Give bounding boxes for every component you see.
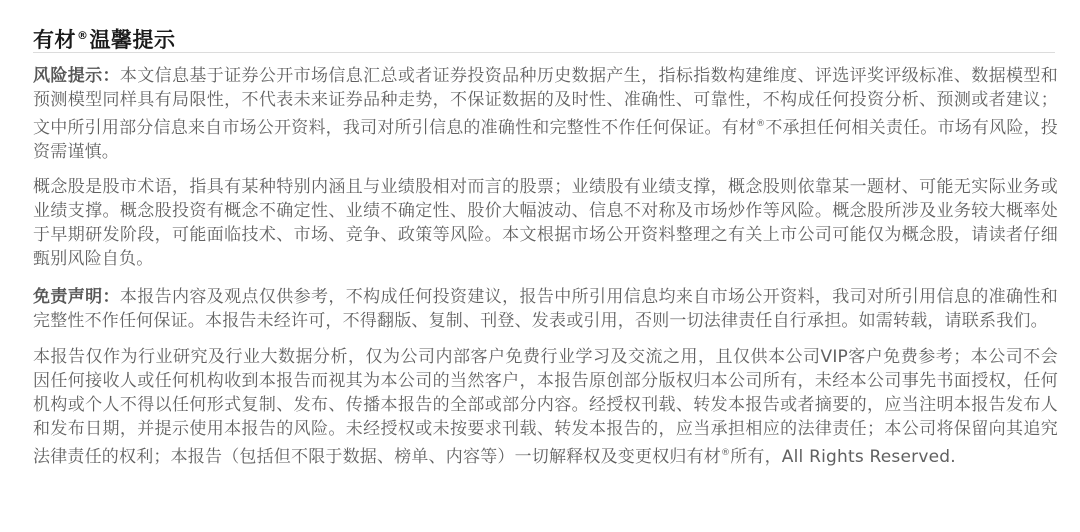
copyright-text-end: 所有，All Rights Reserved. xyxy=(730,447,956,467)
concept-stock-text: 概念股是股市术语，指具有某种特别内涵且与业绩股相对而言的股票；业绩股有业绩支撑，… xyxy=(33,177,1058,269)
registered-mark: ® xyxy=(77,29,89,42)
concept-stock-paragraph: 概念股是股市术语，指具有某种特别内涵且与业绩股相对而言的股票；业绩股有业绩支撑，… xyxy=(33,175,1058,271)
title-divider xyxy=(33,52,1055,53)
disclaimer-paragraph: 免责声明：本报告内容及观点仅供参考，不构成任何投资建议，报告中所引用信息均来自市… xyxy=(33,285,1058,333)
title-text: 温馨提示 xyxy=(90,28,176,52)
copyright-paragraph: 本报告仅作为行业研究及行业大数据分析，仅为公司内部客户免费行业学习及交流之用，且… xyxy=(33,345,1058,469)
registered-mark: ® xyxy=(721,448,730,458)
risk-warning-label: 风险提示： xyxy=(33,66,120,86)
disclaimer-label: 免责声明： xyxy=(33,287,120,307)
title-brand: 有材 xyxy=(33,28,76,52)
disclaimer-text: 本报告内容及观点仅供参考，不构成任何投资建议，报告中所引用信息均来自市场公开资料… xyxy=(33,287,1058,331)
risk-warning-paragraph: 风险提示：本文信息基于证券公开市场信息汇总或者证券投资品种历史数据产生，指标指数… xyxy=(33,64,1058,164)
warm-notice-section: 有材®温馨提示 风险提示：本文信息基于证券公开市场信息汇总或者证券投资品种历史数… xyxy=(33,0,1058,469)
notice-title: 有材®温馨提示 xyxy=(33,0,1058,50)
registered-mark: ® xyxy=(756,119,765,129)
